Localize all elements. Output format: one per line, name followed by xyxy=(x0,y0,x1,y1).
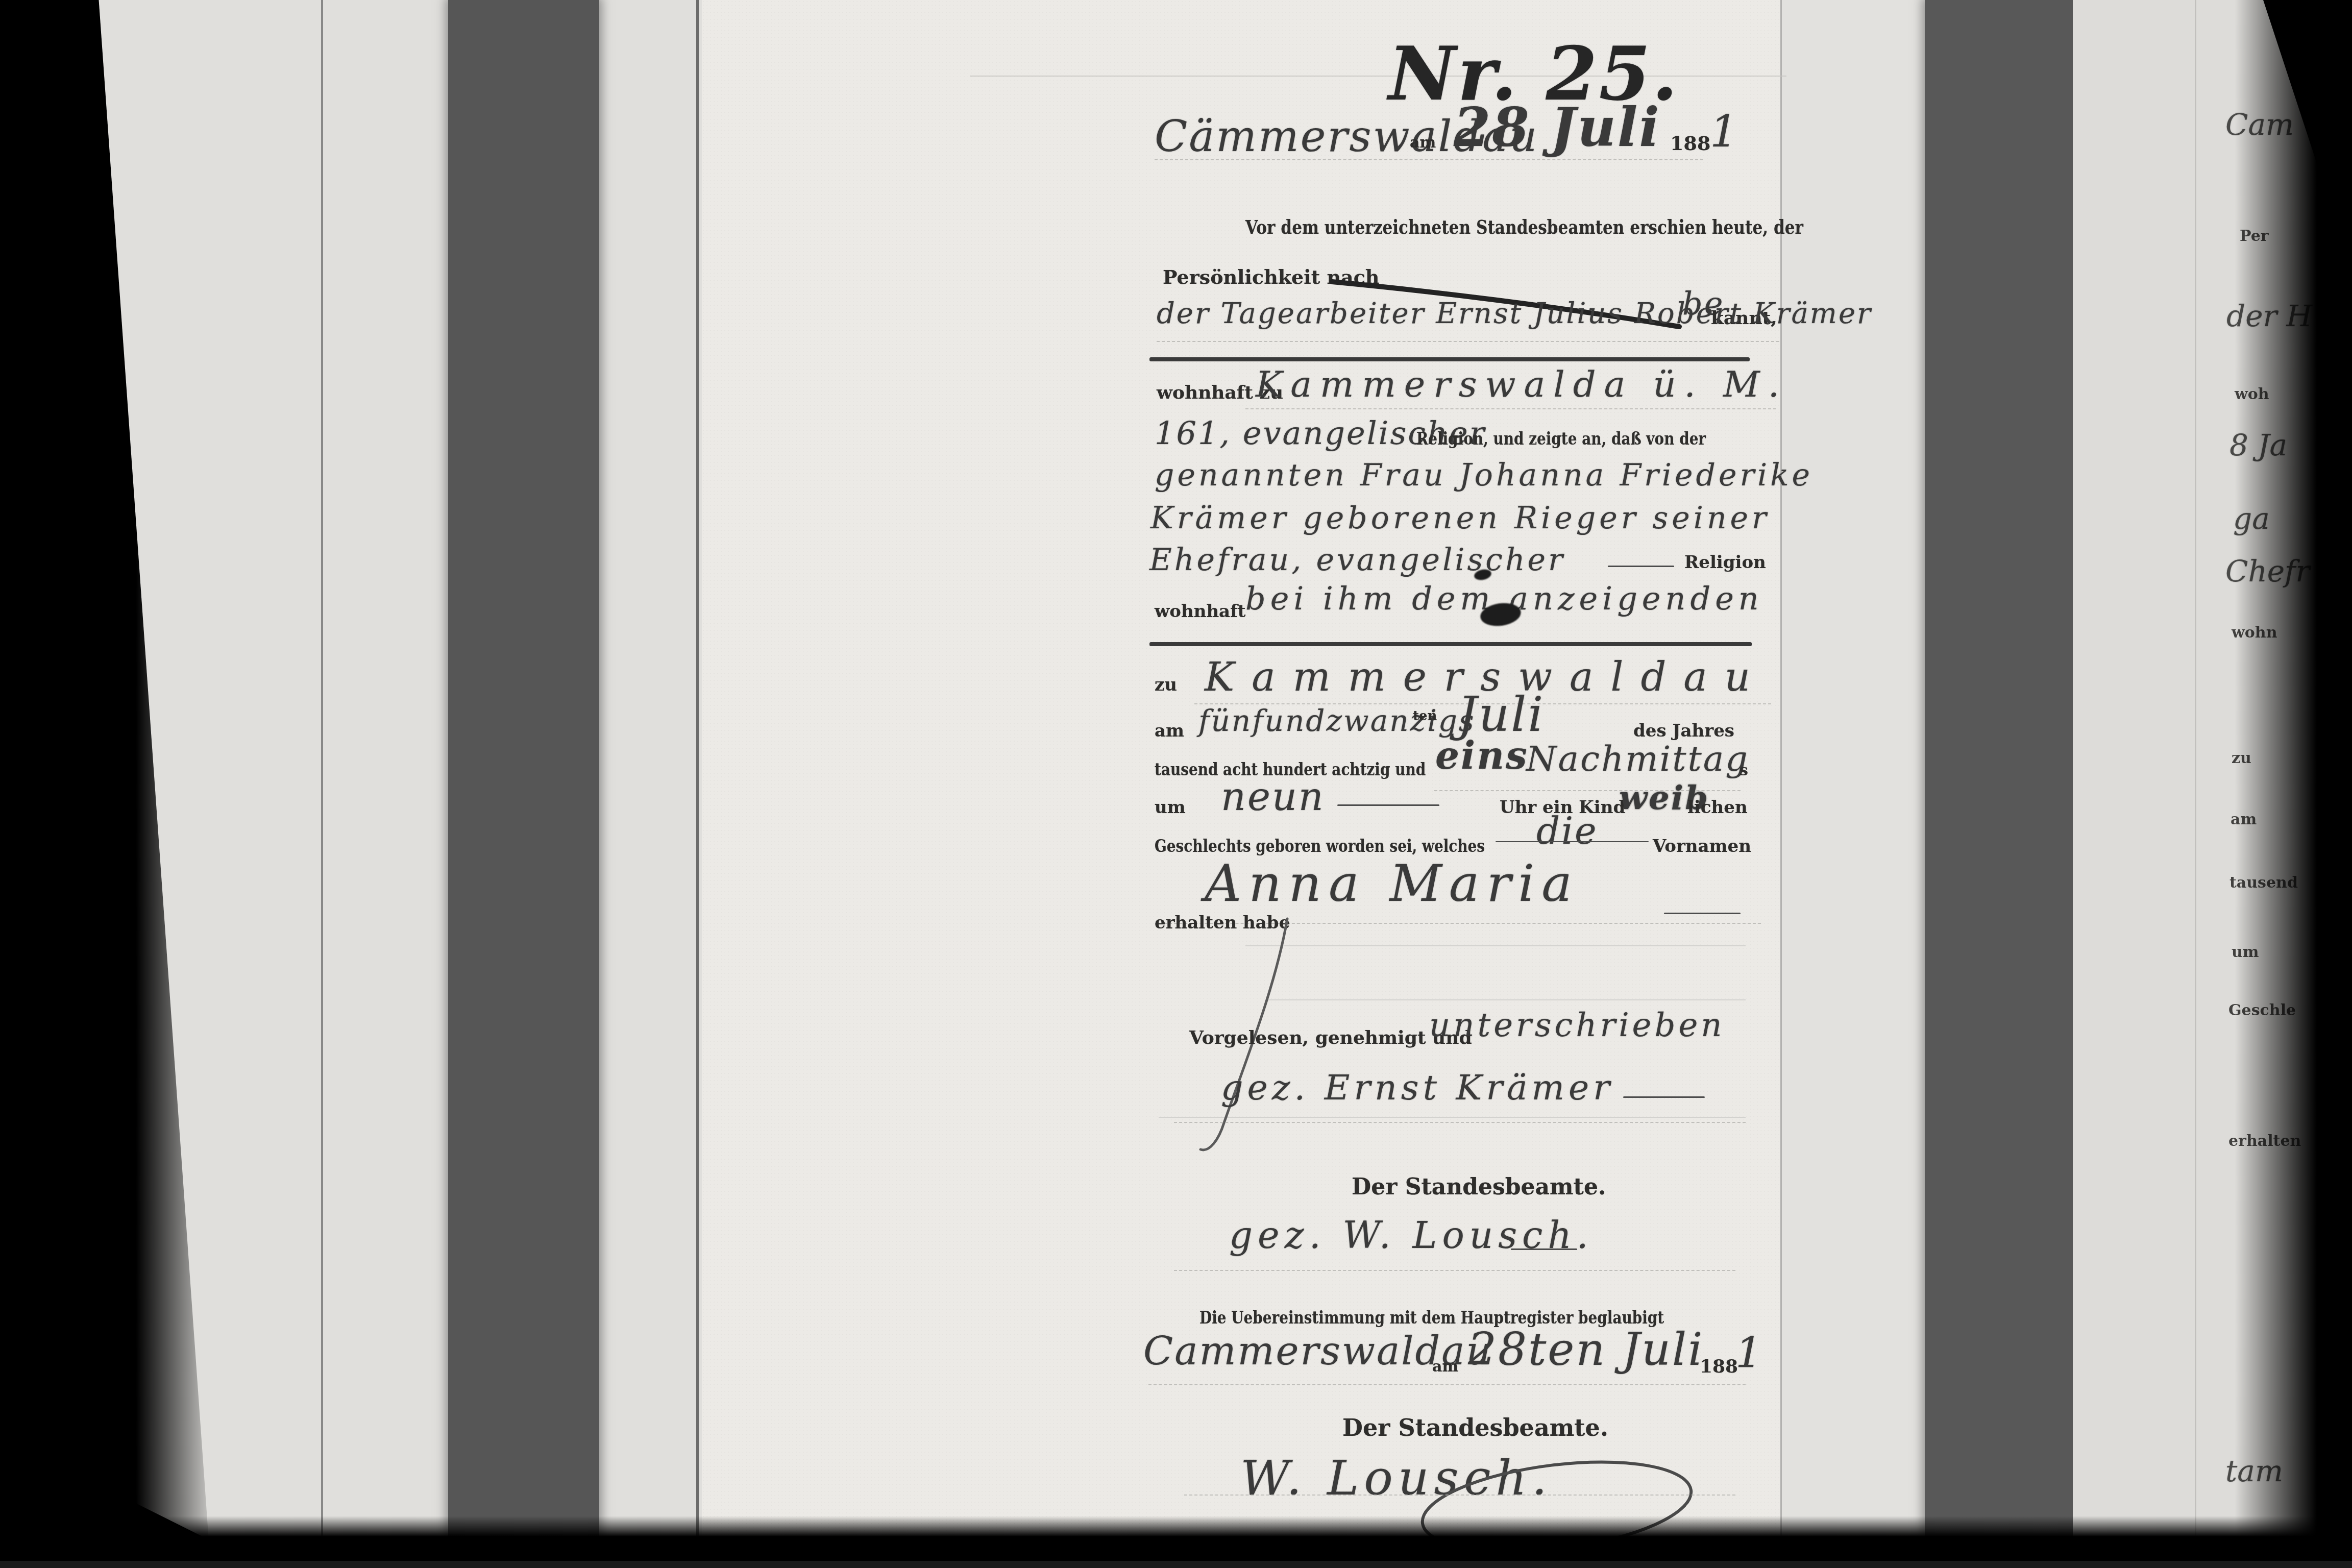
dotted-writing-line xyxy=(1184,1494,1735,1496)
film-edge-bottom-strip xyxy=(0,1561,2352,1568)
film-edge-bottom xyxy=(0,1516,2352,1562)
photographed-register-page: Nr. 25. Cämmerswaldau am 28 Juli 188 1 V… xyxy=(0,0,2352,1568)
film-edge-right xyxy=(2235,0,2352,1568)
signature-flourish xyxy=(0,0,2352,1568)
